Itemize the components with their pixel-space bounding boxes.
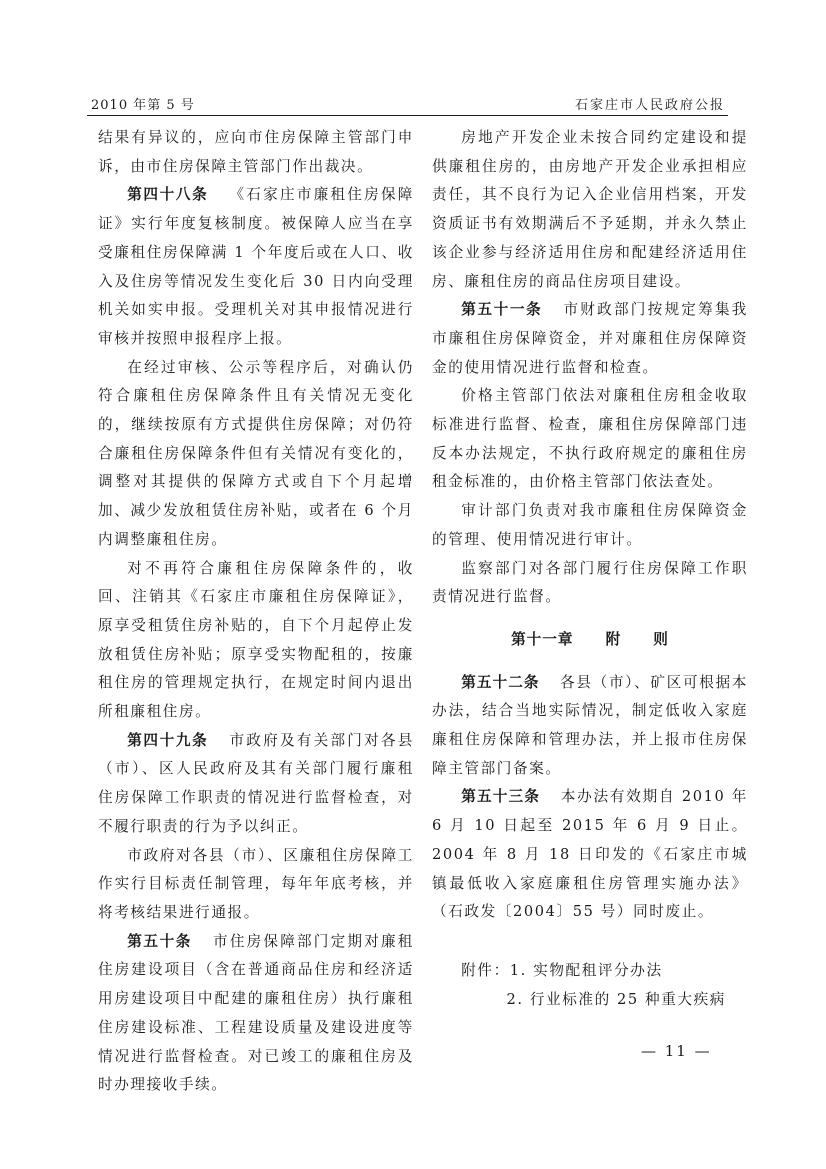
article-title: 第五十一条 — [461, 301, 542, 318]
paragraph: 监察部门对各部门履行住房保障工作职责情况进行监督。 — [432, 555, 748, 612]
article-50: 第五十条市住房保障部门定期对廉租住房建设项目（含在普通商品住房和经济适用房建设项… — [98, 928, 414, 1100]
paragraph: 对不再符合廉租住房保障条件的，收回、注销其《石家庄市廉租住房保障证》，原享受租赁… — [98, 555, 414, 727]
issue-number: 2010 年第 5 号 — [91, 94, 195, 113]
chapter-title-part: 则 — [653, 631, 669, 648]
chapter-heading: 第十一章附则 — [432, 626, 748, 655]
article-title: 第五十条 — [127, 933, 192, 950]
article-title: 第四十九条 — [127, 732, 208, 749]
paragraph: 市政府对各县（市）、区廉租住房保障工作实行目标责任制管理，每年年底考核，并将考核… — [98, 842, 414, 928]
article-text: 《石家庄市廉租住房保障证》实行年度复核制度。被保障人应当在享受廉租住房保障满 1… — [98, 186, 414, 347]
paragraph: 价格主管部门依法对廉租住房租金收取标准进行监督、检查，廉租住房保障部门违反本办法… — [432, 382, 748, 497]
article-title: 第五十二条 — [461, 674, 539, 691]
attachment-item-1: 附件：1. 实物配租评分办法 — [432, 957, 748, 986]
article-title: 第四十八条 — [127, 186, 208, 203]
publication-title: 石家庄市人民政府公报 — [575, 94, 725, 113]
chapter-title-part: 附 — [606, 631, 622, 648]
attachments-label: 附件： — [461, 962, 510, 979]
paragraph: 结果有异议的，应向市住房保障主管部门申诉，由市住房保障主管部门作出裁决。 — [98, 124, 414, 181]
article-51: 第五十一条市财政部门按规定筹集我市廉租住房保障资金，并对廉租住房保障资金的使用情… — [432, 296, 748, 382]
header-divider — [87, 115, 728, 116]
article-title: 第五十三条 — [461, 788, 540, 805]
paragraph: 审计部门负责对我市廉租住房保障资金的管理、使用情况进行审计。 — [432, 497, 748, 554]
attachments: 附件：1. 实物配租评分办法 2. 行业标准的 25 种重大疾病 — [432, 957, 748, 1014]
attachment-title: 2. 行业标准的 25 种重大疾病 — [506, 991, 726, 1008]
right-column: 房地产开发企业未按合同约定建设和提供廉租住房的，由房地产开发企业承担相应责任，其… — [432, 124, 748, 1014]
paragraph: 房地产开发企业未按合同约定建设和提供廉租住房的，由房地产开发企业承担相应责任，其… — [432, 124, 748, 296]
article-53: 第五十三条本办法有效期自 2010 年 6 月 10 日起至 2015 年 6 … — [432, 783, 748, 927]
article-48: 第四十八条《石家庄市廉租住房保障证》实行年度复核制度。被保障人应当在享受廉租住房… — [98, 181, 414, 353]
paragraph: 在经过审核、公示等程序后，对确认仍符合廉租住房保障条件且有关情况无变化的，继续按… — [98, 354, 414, 555]
left-column: 结果有异议的，应向市住房保障主管部门申诉，由市住房保障主管部门作出裁决。 第四十… — [98, 124, 414, 1100]
article-text: 本办法有效期自 2010 年 6 月 10 日起至 2015 年 6 月 9 日… — [432, 788, 748, 920]
chapter-number: 第十一章 — [511, 631, 573, 648]
article-52: 第五十二条各县（市）、矿区可根据本办法，结合当地实际情况，制定低收入家庭廉租住房… — [432, 669, 748, 784]
attachment-title: 1. 实物配租评分办法 — [510, 962, 663, 979]
article-49: 第四十九条市政府及有关部门对各县（市）、区人民政府及其有关部门履行廉租住房保障工… — [98, 727, 414, 842]
article-text: 市住房保障部门定期对廉租住房建设项目（含在普通商品住房和经济适用房建设项目中配建… — [98, 933, 414, 1094]
page-header: 2010 年第 5 号 石家庄市人民政府公报 — [87, 94, 727, 114]
attachment-item-2: 2. 行业标准的 25 种重大疾病 — [432, 986, 748, 1015]
page-number: — 11 — — [641, 1042, 712, 1060]
